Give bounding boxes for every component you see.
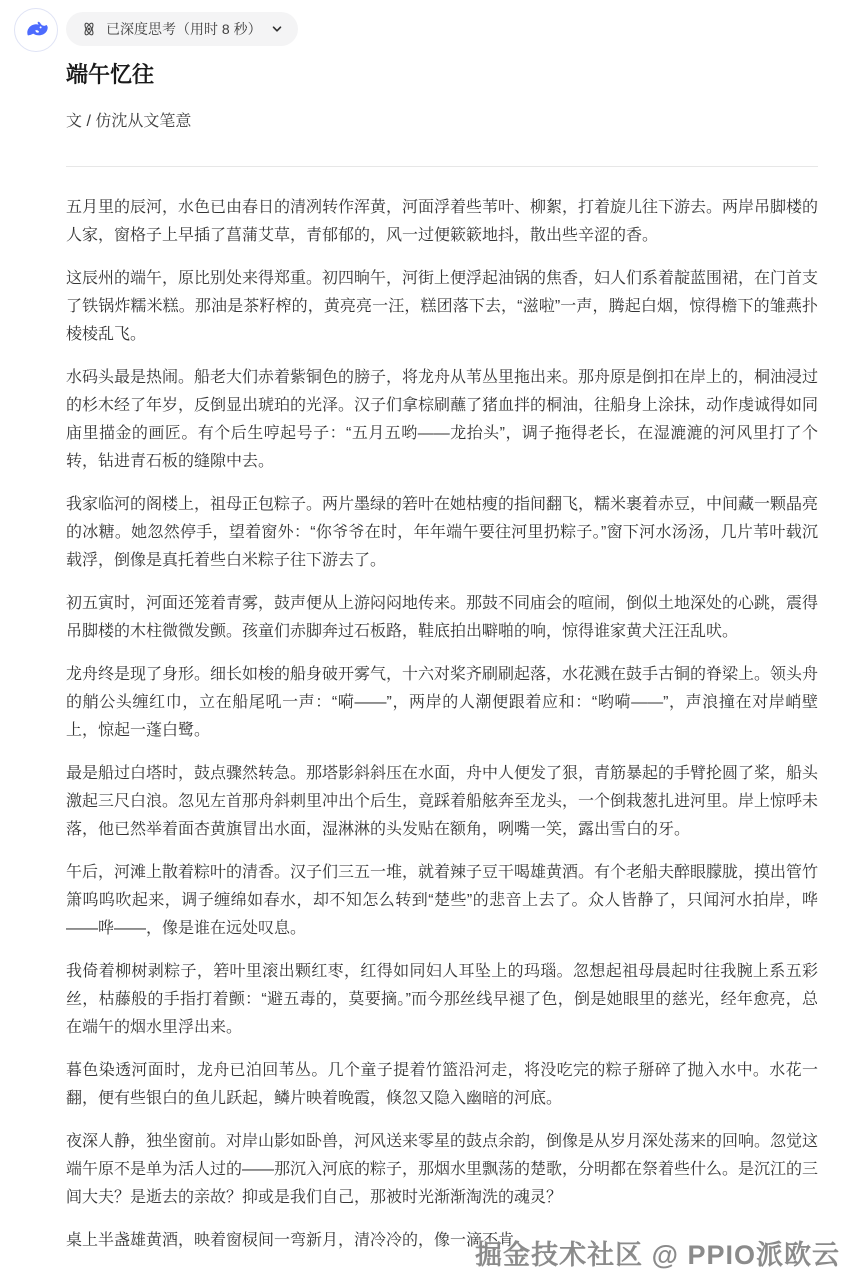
deepthink-atom-icon <box>81 21 97 37</box>
assistant-message-row: 已深度思考（用时 8 秒） 端午忆往 文 / 仿沈从文笔意 五月里的辰河，水色已… <box>0 0 866 1255</box>
assistant-message: 已深度思考（用时 8 秒） 端午忆往 文 / 仿沈从文笔意 五月里的辰河，水色已… <box>66 12 818 1255</box>
paragraph: 龙舟终是现了身形。细长如梭的船身破开雾气，十六对桨齐刷刷起落，水花溅在鼓手古铜的… <box>66 661 818 745</box>
deep-thought-label: 已深度思考（用时 8 秒） <box>106 19 262 39</box>
paragraph: 夜深人静，独坐窗前。对岸山影如卧兽，河风送来零星的鼓点余韵，倒像是从岁月深处荡来… <box>66 1128 818 1212</box>
article-byline: 文 / 仿沈从文笔意 <box>66 110 818 134</box>
paragraph: 暮色染透河面时，龙舟已泊回苇丛。几个童子提着竹篮沿河走，将没吃完的粽子掰碎了抛入… <box>66 1057 818 1113</box>
deep-thought-toggle-button[interactable]: 已深度思考（用时 8 秒） <box>66 12 298 46</box>
paragraph: 初五寅时，河面还笼着青雾，鼓声便从上游闷闷地传来。那鼓不同庙会的喧闹，倒似土地深… <box>66 590 818 646</box>
deepseek-whale-logo <box>22 16 50 44</box>
article-title: 端午忆往 <box>66 60 818 90</box>
paragraph: 我家临河的阁楼上，祖母正包粽子。两片墨绿的箬叶在她枯瘦的指间翻飞，糯米裹着赤豆，… <box>66 491 818 575</box>
paragraph: 这辰州的端午，原比别处来得郑重。初四晌午，河街上便浮起油锅的焦香，妇人们系着靛蓝… <box>66 265 818 349</box>
assistant-avatar <box>14 8 58 52</box>
chevron-down-icon <box>271 23 283 35</box>
article-body: 五月里的辰河，水色已由春日的清冽转作浑黄，河面浮着些苇叶、柳絮，打着旋儿往下游去… <box>66 194 818 1255</box>
paragraph: 我倚着柳树剥粽子，箬叶里滚出颗红枣，红得如同妇人耳坠上的玛瑙。忽想起祖母晨起时往… <box>66 958 818 1042</box>
paragraph: 最是船过白塔时，鼓点骤然转急。那塔影斜斜压在水面，舟中人便发了狠，青筋暴起的手臂… <box>66 760 818 844</box>
paragraph: 桌上半盏雄黄酒，映着窗棂间一弯新月，清冷冷的，像一滴不肯 <box>66 1227 818 1255</box>
paragraph: 水码头最是热闹。船老大们赤着紫铜色的膀子，将龙舟从苇丛里拖出来。那舟原是倒扣在岸… <box>66 364 818 476</box>
divider <box>66 166 818 167</box>
paragraph: 午后，河滩上散着粽叶的清香。汉子们三五一堆，就着辣子豆干喝雄黄酒。有个老船夫醉眼… <box>66 859 818 943</box>
paragraph: 五月里的辰河，水色已由春日的清冽转作浑黄，河面浮着些苇叶、柳絮，打着旋儿往下游去… <box>66 194 818 250</box>
